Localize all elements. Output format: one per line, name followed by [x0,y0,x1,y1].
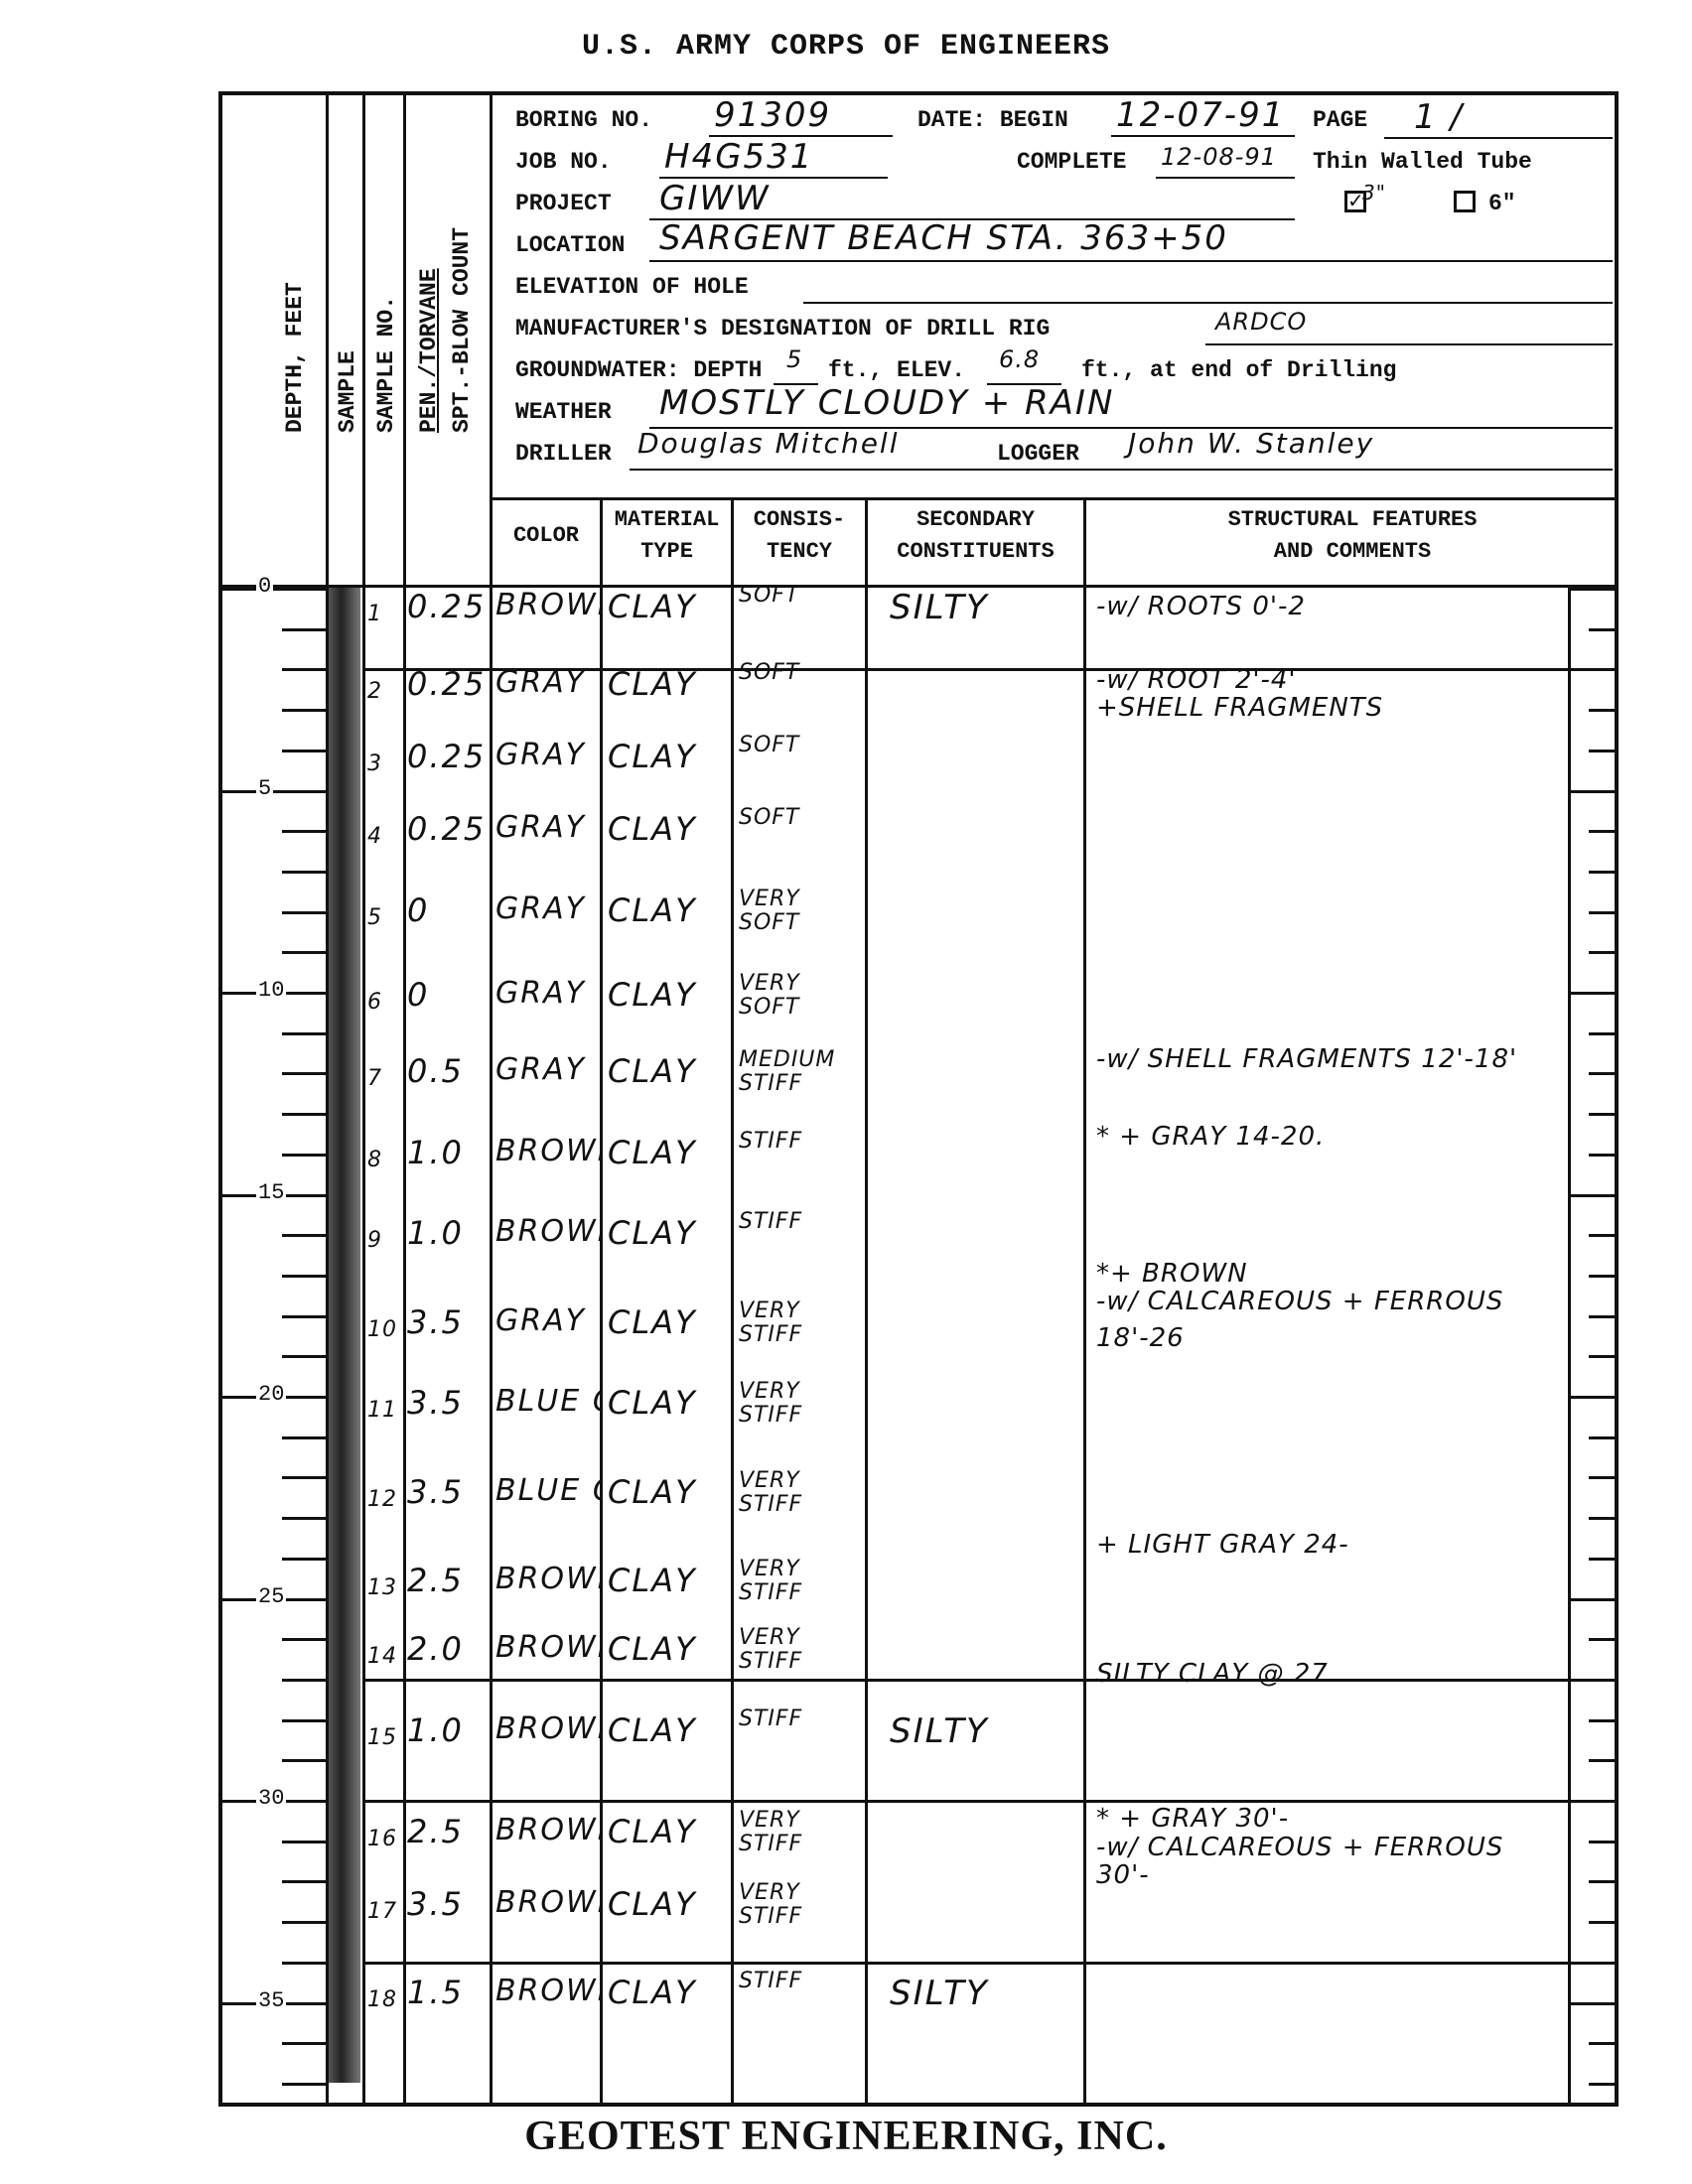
date-complete-value[interactable]: 12-08-91 [1161,143,1277,171]
material-value[interactable]: CLAY [608,1052,697,1090]
header-line: SECONDARY [868,504,1083,536]
project-value[interactable]: GIWW [659,179,771,218]
sample-no: 4 [367,824,382,849]
consistency-value[interactable]: VERY STIFF [739,1626,863,1674]
right-ruler-tick [1568,790,1619,793]
right-ruler-tick [1568,992,1619,995]
secondary-value[interactable]: SILTY [890,1711,989,1751]
depth-tick [282,1880,326,1883]
header-divider [490,497,1615,500]
right-ruler-tick [1589,1154,1619,1157]
depth-tick [282,1962,326,1965]
pen-torvane-value[interactable]: 0.25 [407,738,486,775]
material-value[interactable]: CLAY [608,1303,697,1341]
depth-tick [282,1032,326,1035]
header-secondary-constituents: SECONDARY CONSTITUENTS [868,504,1083,568]
material-value[interactable]: CLAY [608,1885,697,1923]
depth-tick [282,911,326,914]
right-ruler-tick [1589,911,1619,914]
logger-value[interactable]: John W. Stanley [1128,427,1374,460]
company-footer: GEOTEST ENGINEERING, INC. [0,2113,1692,2160]
depth-tick [282,1072,326,1075]
pen-torvane-value[interactable]: 0 [407,976,429,1014]
depth-tick [282,1436,326,1439]
sample-no: 9 [367,1228,382,1253]
right-ruler-tick [1589,1436,1619,1439]
depth-tick [282,830,326,833]
material-value[interactable]: CLAY [608,976,697,1014]
right-ruler-tick [1589,830,1619,833]
page-value[interactable]: 1 / [1414,97,1464,137]
right-ruler-tick [1589,1719,1619,1722]
groundwater-label: GROUNDWATER: DEPTH [515,357,762,383]
right-ruler-tick [1568,1598,1619,1601]
header-material-type: MATERIAL TYPE [603,504,731,568]
sample-no: 3 [367,751,382,776]
color-value[interactable]: BROWN [495,1214,600,1249]
project-label: PROJECT [515,191,612,216]
col-divider [865,497,868,2103]
consistency-value[interactable]: STIFF [739,1130,863,1154]
sample-no: 7 [367,1066,382,1091]
pen-torvane-value[interactable]: 0.5 [407,1052,464,1090]
underline [1156,177,1295,179]
driller-value[interactable]: Douglas Mitchell [637,427,899,460]
depth-label: 25 [256,1584,286,1609]
material-value[interactable]: CLAY [608,1630,697,1668]
date-complete-label: COMPLETE [1017,149,1126,175]
depth-tick [282,1234,326,1237]
header-consistency: CONSIS- TENCY [734,504,865,568]
sample-no: 8 [367,1148,382,1172]
right-ruler-tick [1589,1032,1619,1035]
depth-tick [282,951,326,954]
depth-tick [282,628,326,631]
color-value[interactable]: BROWN [495,1562,600,1596]
material-value[interactable]: CLAY [608,1711,697,1749]
header-line: TYPE [603,536,731,568]
drill-rig-label: MANUFACTURER'S DESIGNATION OF DRILL RIG [515,316,1050,341]
right-ruler-tick [1589,1234,1619,1237]
location-label: LOCATION [515,232,625,258]
right-ruler-tick [1589,750,1619,752]
right-ruler-tick [1589,1072,1619,1075]
header-sample-no: SAMPLE NO. [373,296,399,433]
header-spt-blow-count: SPT.-BLOW COUNT [449,227,475,433]
sample-no: 6 [367,990,382,1015]
consistency-value[interactable]: SOFT [739,584,863,608]
sample-no: 14 [367,1644,397,1669]
depth-tick [282,1638,326,1641]
consistency-value[interactable]: VERY STIFF [739,1809,863,1856]
pen-torvane-value[interactable]: 1.5 [407,1974,464,2011]
col-divider [731,497,734,2103]
pen-torvane-value[interactable]: 3.5 [407,1885,464,1923]
right-ruler-tick [1589,2042,1619,2045]
underline [803,302,1613,304]
right-ruler-tick [1589,1558,1619,1561]
depth-tick [282,1355,326,1358]
pen-torvane-value[interactable]: 1.0 [407,1711,464,1749]
pen-torvane-value[interactable]: 0.25 [407,665,486,703]
right-ruler-tick [1589,1315,1619,1318]
color-value[interactable]: BROWN [495,1974,600,2008]
color-value[interactable]: BROWN [495,1134,600,1168]
depth-label: 5 [256,776,273,801]
comment-text[interactable]: * + GRAY 14-20. [1096,1122,1325,1152]
color-value[interactable]: GRAY [495,891,600,926]
boring-no-value[interactable]: 91309 [714,95,831,135]
comment-text[interactable]: 30'- [1096,1860,1150,1890]
date-begin-label: DATE: BEGIN [917,107,1068,133]
material-value[interactable]: CLAY [608,1562,697,1599]
sample-core-bar [329,588,360,2083]
comment-text[interactable]: -w/ ROOTS 0'-2 [1096,592,1306,621]
comment-text[interactable]: -w/ SHELL FRAGMENTS 12'-18' [1096,1044,1517,1074]
depth-tick [222,790,326,793]
underline [1384,137,1613,139]
right-ruler-tick [1589,871,1619,874]
consistency-value[interactable]: VERY STIFF [739,1881,863,1929]
sample-no: 5 [367,905,382,930]
sample-no: 12 [367,1487,397,1512]
right-ruler-tick [1568,588,1619,591]
depth-label: 15 [256,1180,286,1205]
material-value[interactable]: CLAY [608,891,697,929]
depth-tick [282,1679,326,1682]
agency-title: U.S. ARMY CORPS OF ENGINEERS [0,30,1692,64]
material-value[interactable]: CLAY [608,1473,697,1511]
comment-text[interactable]: *+ BROWN [1096,1259,1248,1289]
pen-torvane-value[interactable]: 0.25 [407,810,486,848]
tube-6in-checkbox[interactable] [1454,191,1476,212]
consistency-value[interactable]: SOFT [739,734,863,757]
header-line: STRUCTURAL FEATURES [1086,504,1619,536]
right-ruler-tick [1589,1638,1619,1641]
secondary-value[interactable]: SILTY [890,588,989,627]
consistency-value[interactable]: SOFT [739,661,863,685]
pen-torvane-value[interactable]: 2.0 [407,1630,464,1668]
col-divider [600,497,603,2103]
page-label: PAGE [1313,107,1367,133]
consistency-value[interactable]: SOFT [739,806,863,830]
material-value[interactable]: CLAY [608,1384,697,1422]
row-divider [362,1679,1615,1682]
color-value[interactable]: BROWN [495,1630,600,1665]
pen-torvane-value[interactable]: 3.5 [407,1384,464,1422]
comment-text[interactable]: -w/ CALCAREOUS + FERROUS [1096,1833,1503,1862]
underline [649,260,1613,262]
material-value[interactable]: CLAY [608,810,697,848]
header-structural-features: STRUCTURAL FEATURES AND COMMENTS [1086,504,1619,568]
groundwater-elev-value[interactable]: 6.8 [999,345,1040,373]
right-ruler-tick [1589,1517,1619,1520]
depth-label: 35 [256,1988,286,2013]
depth-label: 10 [256,978,286,1003]
row-divider [362,1962,1615,1965]
secondary-value[interactable]: SILTY [890,1974,989,2013]
right-ruler-tick [1589,1355,1619,1358]
sample-no: 15 [367,1725,397,1750]
depth-tick [282,1558,326,1561]
consistency-value[interactable]: VERY STIFF [739,1299,863,1347]
depth-tick [282,1719,326,1722]
pen-torvane-value[interactable]: 2.5 [407,1562,464,1599]
color-value[interactable]: BLUE GRAY [495,1384,600,1419]
header-sample: SAMPLE [335,350,360,433]
depth-tick [282,1275,326,1278]
underline [1205,343,1613,345]
sample-no: 1 [367,602,382,626]
tube-3in-label: 3" [1362,181,1386,205]
depth-tick [282,1113,326,1116]
pen-torvane-value[interactable]: 0.25 [407,588,486,625]
depth-label: 20 [256,1382,286,1407]
elevation-label: ELEVATION OF HOLE [515,274,749,300]
comment-text[interactable]: 18'-26 [1096,1323,1185,1353]
depth-tick [282,750,326,752]
underline [630,469,1613,471]
weather-value[interactable]: MOSTLY CLOUDY + RAIN [659,383,1114,423]
right-ruler-tick [1568,1194,1619,1197]
right-ruler-tick [1589,1921,1619,1924]
depth-tick [282,1154,326,1157]
material-value[interactable]: CLAY [608,1974,697,2011]
right-ruler-tick [1568,1396,1619,1399]
color-value[interactable]: BROWN [495,1711,600,1746]
color-value[interactable]: BLUE GRAY [495,1473,600,1508]
tube-label: Thin Walled Tube [1313,149,1532,175]
comment-text[interactable]: * + GRAY 30'- [1096,1804,1289,1834]
sample-no: 10 [367,1317,397,1342]
material-value[interactable]: CLAY [608,738,697,775]
row-divider [362,1800,1615,1803]
col-divider [1568,585,1571,2103]
pen-torvane-value[interactable]: 3.5 [407,1303,464,1341]
consistency-value[interactable]: VERY STIFF [739,1380,863,1428]
consistency-value[interactable]: VERY SOFT [739,972,863,1020]
sample-no: 18 [367,1987,397,2012]
depth-label: 30 [256,1786,286,1811]
drill-rig-value[interactable]: ARDCO [1215,308,1307,336]
header-line: TENCY [734,536,865,568]
header-color: COLOR [493,520,600,552]
date-begin-value[interactable]: 12-07-91 [1116,95,1285,135]
consistency-value[interactable]: STIFF [739,1210,863,1234]
sample-no: 11 [367,1398,397,1423]
color-value[interactable]: GRAY [495,810,600,845]
groundwater-ft-elev-label: ft., ELEV. [828,357,965,383]
depth-tick [282,1476,326,1479]
driller-label: DRILLER [515,441,612,467]
color-value[interactable]: BROWN [495,588,600,622]
header-line: AND COMMENTS [1086,536,1619,568]
right-ruler-tick [1589,1880,1619,1883]
groundwater-depth-value[interactable]: 5 [786,345,802,373]
pen-torvane-value[interactable]: 0 [407,891,429,929]
color-value[interactable]: GRAY [495,976,600,1011]
header-line: CONSTITUENTS [868,536,1083,568]
job-no-value[interactable]: H4G531 [664,137,813,177]
consistency-value[interactable]: VERY STIFF [739,1469,863,1517]
depth-tick [222,588,326,591]
pen-torvane-value[interactable]: 1.0 [407,1134,464,1171]
consistency-value[interactable]: VERY SOFT [739,887,863,935]
material-value[interactable]: CLAY [608,1214,697,1252]
pen-torvane-value[interactable]: 3.5 [407,1473,464,1511]
consistency-value[interactable]: STIFF [739,1970,863,1993]
tube-6in-label: 6" [1488,191,1516,216]
depth-tick [282,871,326,874]
consistency-value[interactable]: MEDIUM STIFF [739,1048,863,1096]
sample-no: 13 [367,1575,397,1600]
depth-tick [282,2042,326,2045]
color-value[interactable]: GRAY [495,665,600,700]
header-line: CONSIS- [734,504,865,536]
comment-text[interactable]: +SHELL FRAGMENTS [1096,693,1383,723]
color-value[interactable]: BROWN [495,1813,600,1847]
pen-torvane-value[interactable]: 1.0 [407,1214,464,1252]
consistency-value[interactable]: VERY STIFF [739,1558,863,1605]
location-value[interactable]: SARGENT BEACH STA. 363+50 [659,218,1228,258]
depth-tick [282,1315,326,1318]
boring-log-form: DEPTH, FEET SAMPLE SAMPLE NO. PEN./TORVA… [218,91,1619,2107]
logger-label: LOGGER [997,441,1079,467]
depth-tick [282,709,326,712]
depth-tick [282,1517,326,1520]
job-no-label: JOB NO. [515,149,612,175]
right-ruler-tick [1589,951,1619,954]
color-value[interactable]: BROWN [495,1885,600,1920]
right-ruler-tick [1568,2002,1619,2005]
material-value[interactable]: CLAY [608,1813,697,1850]
comment-text[interactable]: -w/ ROOT 2'-4' [1096,665,1297,695]
right-ruler-tick [1589,1759,1619,1762]
comment-text[interactable]: + LIGHT GRAY 24- [1096,1530,1349,1560]
sample-no: 2 [367,679,382,704]
sample-no: 17 [367,1899,397,1924]
groundwater-end-label: ft., at end of Drilling [1081,357,1396,383]
depth-tick [282,668,326,671]
comment-text[interactable]: SILTY CLAY @ 27 [1096,1659,1329,1689]
material-value[interactable]: CLAY [608,665,697,703]
material-value[interactable]: CLAY [608,1134,697,1171]
right-ruler-tick [1589,1275,1619,1278]
col-divider [1083,497,1086,2103]
underline [1111,135,1295,137]
right-ruler-tick [1589,628,1619,631]
consistency-value[interactable]: STIFF [739,1707,863,1731]
depth-tick [282,1921,326,1924]
header-line: MATERIAL [603,504,731,536]
color-value[interactable]: GRAY [495,1303,600,1338]
depth-tick [282,1759,326,1762]
right-ruler-tick [1589,1841,1619,1843]
comment-text[interactable]: -w/ CALCAREOUS + FERROUS [1096,1287,1503,1316]
depth-label: 0 [256,574,273,599]
pen-torvane-value[interactable]: 2.5 [407,1813,464,1850]
material-value[interactable]: CLAY [608,588,697,625]
color-value[interactable]: GRAY [495,1052,600,1087]
color-value[interactable]: GRAY [495,738,600,772]
right-ruler-tick [1589,2083,1619,2086]
boring-no-label: BORING NO. [515,107,652,133]
header-depth-feet: DEPTH, FEET [282,282,308,433]
right-ruler-tick [1589,1113,1619,1116]
depth-tick [282,1841,326,1843]
header-pen-torvane: PEN./TORVANE [416,268,442,433]
right-ruler-tick [1589,1476,1619,1479]
sample-no: 16 [367,1827,397,1851]
weather-label: WEATHER [515,399,612,425]
depth-tick [282,2083,326,2086]
right-ruler-tick [1589,709,1619,712]
